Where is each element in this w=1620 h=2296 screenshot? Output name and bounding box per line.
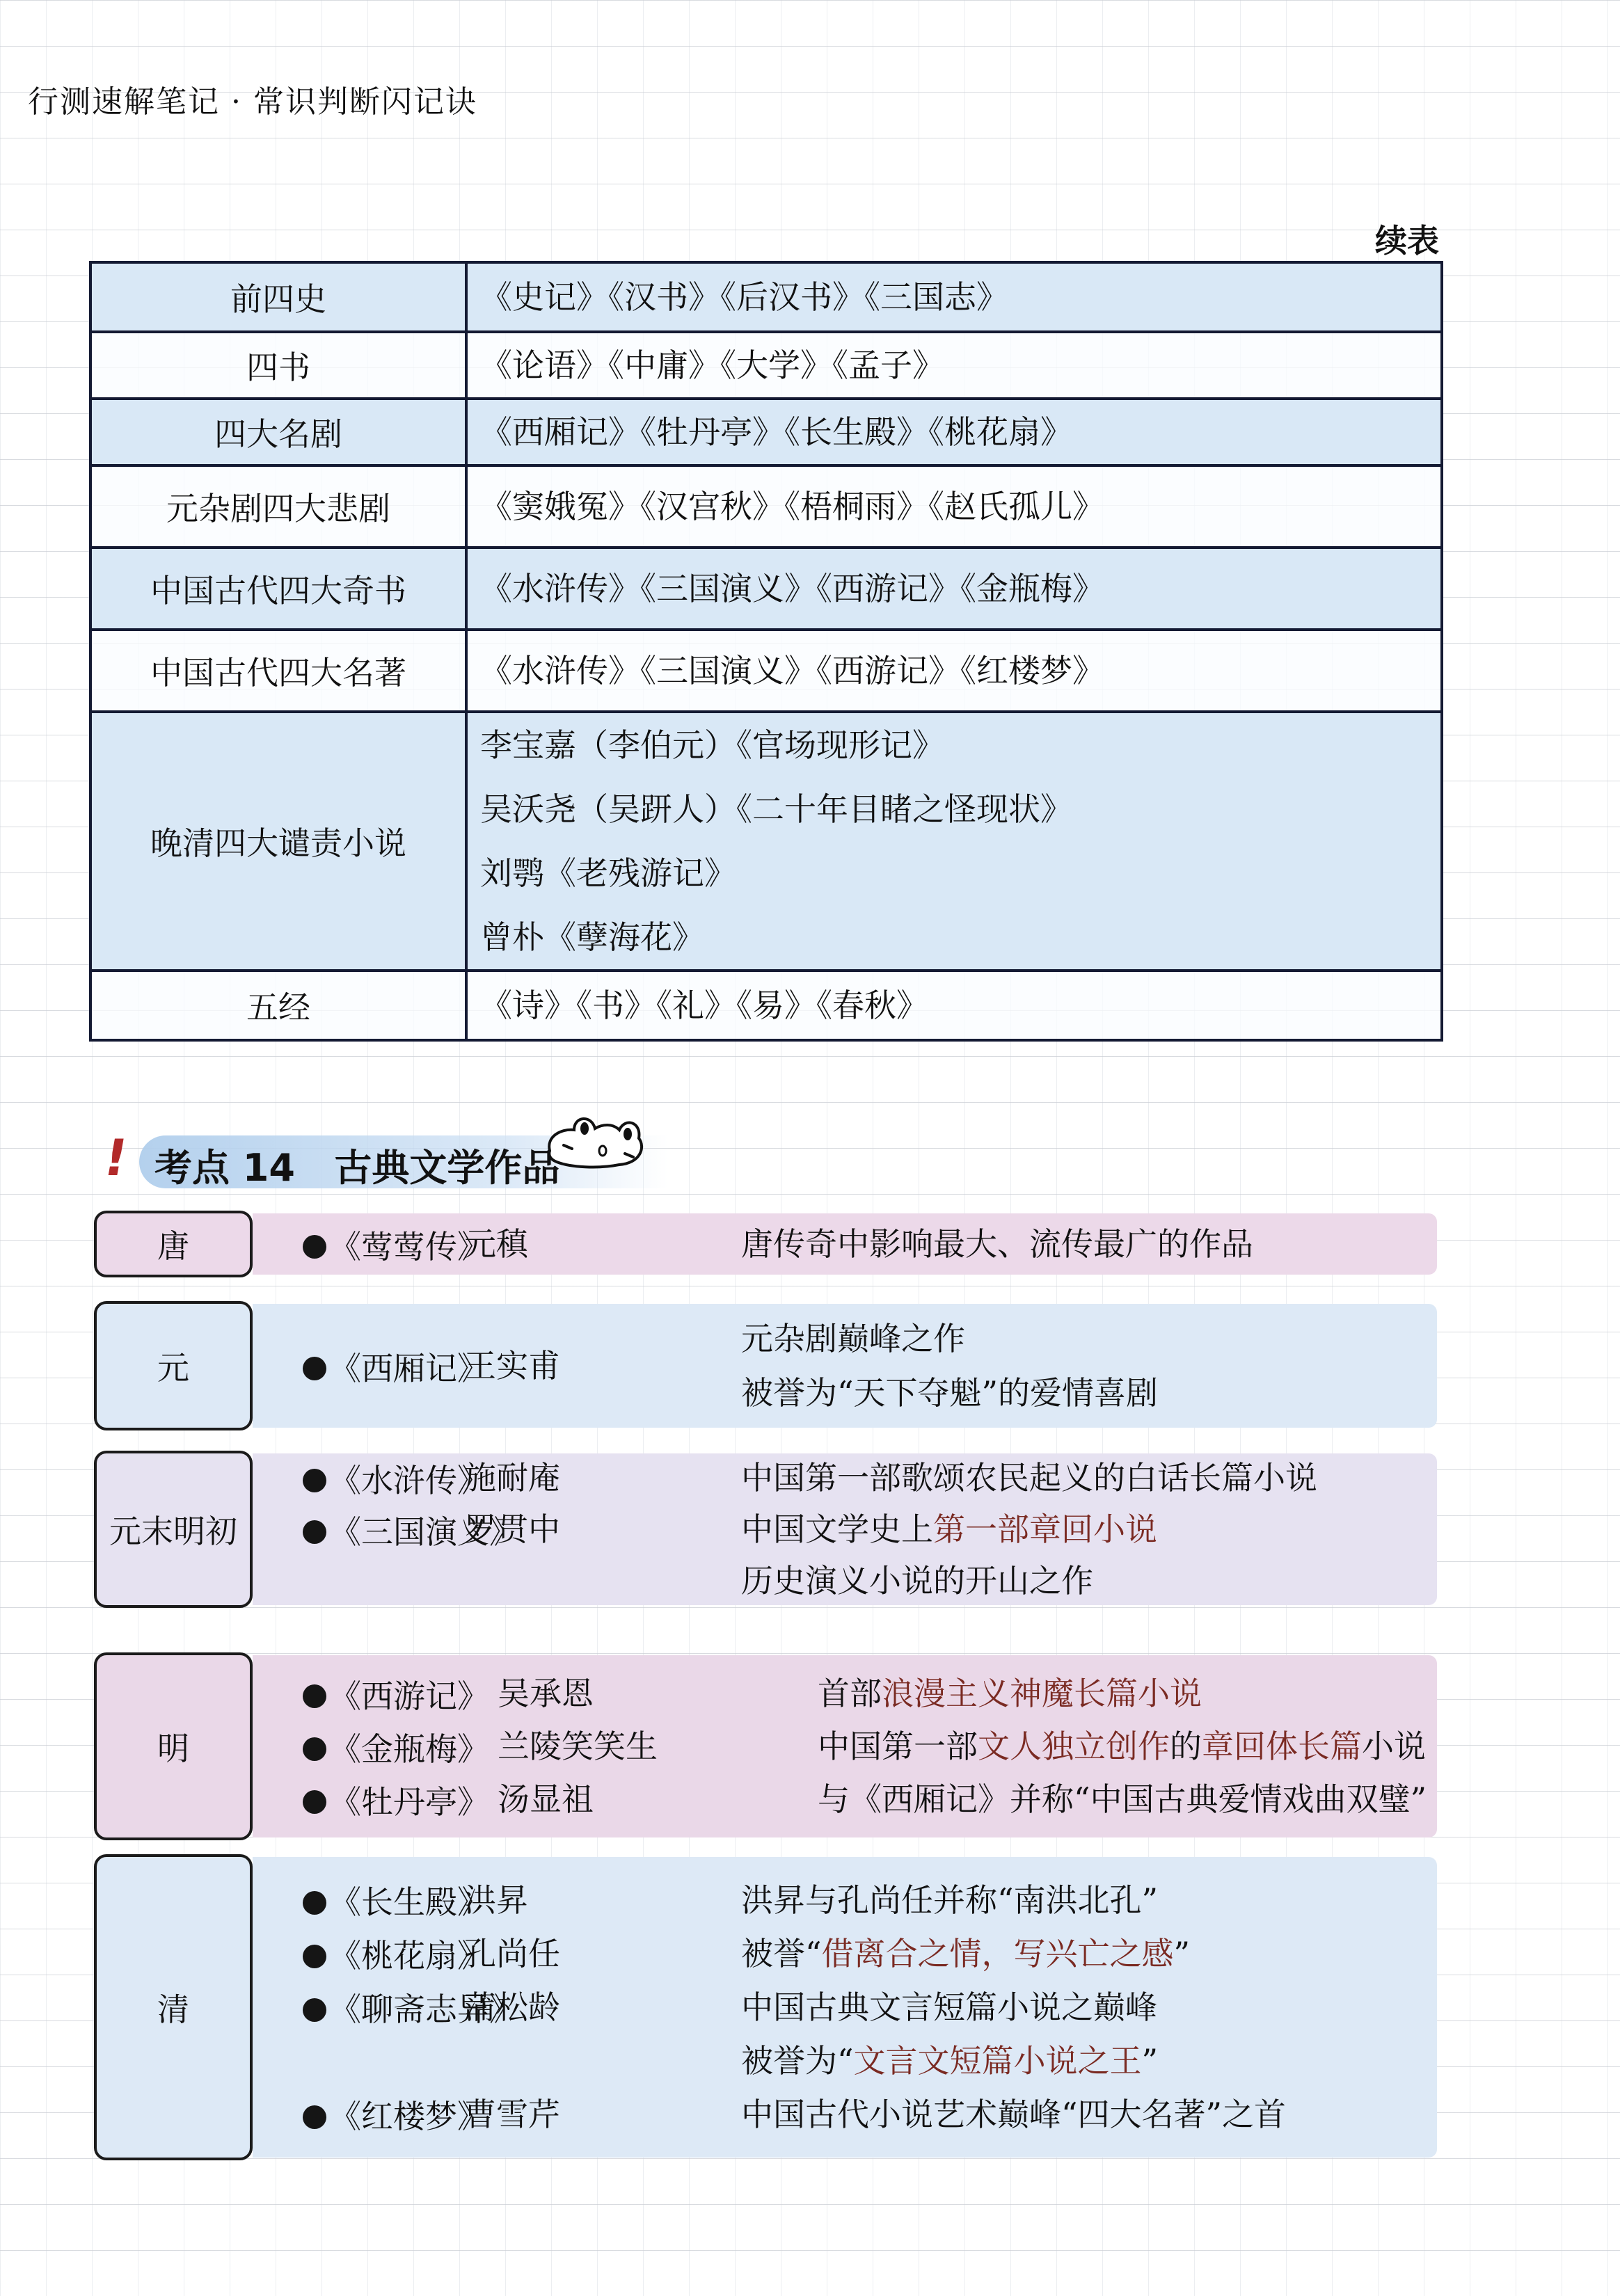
work-note: 元杂剧巅峰之作 (741, 1312, 965, 1366)
table-row: 晚清四大谴责小说李宝嘉（李伯元）《官场现形记》吴沃尧（吴趼人）《二十年目睹之怪现… (90, 712, 1442, 971)
era-block: 明《西游记》吴承恩《金瓶梅》兰陵笑笑生《牡丹亭》汤显祖首部浪漫主义神魔长篇小说中… (94, 1652, 1437, 1840)
row-works: 《窦娥冤》《汉宫秋》《梧桐雨》《赵氏孤儿》 (466, 465, 1442, 548)
bullet-icon (303, 1891, 326, 1915)
work-author: 元稹 (464, 1217, 528, 1271)
table-row: 四大名剧《西厢记》《牡丹亭》《长生殿》《桃花扇》 (90, 399, 1442, 465)
continued-label: 续表 (1375, 216, 1439, 262)
bullet-icon (303, 1235, 326, 1259)
work-author: 孔尚任 (464, 1927, 560, 1981)
bullet-icon (303, 1998, 326, 2022)
works-line: 《诗》《书》《礼》《易》《春秋》 (480, 973, 1428, 1037)
work-note: 被誉为“天下夺魁”的爱情喜剧 (741, 1366, 1158, 1420)
note-text: 的 (1170, 1728, 1202, 1765)
table-row: 中国古代四大奇书《水浒传》《三国演义》《西游记》《金瓶梅》 (90, 548, 1442, 630)
bullet-icon (303, 1790, 326, 1814)
exclamation-icon: ! (100, 1129, 133, 1187)
era-block: 元末明初《水浒传》施耐庵《三国演义》罗贯中中国第一部歌颂农民起义的白话长篇小说中… (94, 1451, 1437, 1608)
note-text: 中国第一部歌颂农民起义的白话长篇小说 (741, 1459, 1317, 1497)
work-author: 施耐庵 (464, 1452, 560, 1504)
bullet-icon (303, 2105, 326, 2129)
table-row: 元杂剧四大悲剧《窦娥冤》《汉宫秋》《梧桐雨》《赵氏孤儿》 (90, 465, 1442, 548)
bullet-icon (303, 1520, 326, 1544)
note-text: 历史演义小说的开山之作 (741, 1562, 1093, 1600)
row-category: 四书 (90, 332, 466, 399)
work-author: 王实甫 (464, 1339, 560, 1393)
table-row: 五经《诗》《书》《礼》《易》《春秋》 (90, 971, 1442, 1040)
note-text: 中国文学史上 (741, 1510, 933, 1548)
works-line: 曾朴《孽海花》 (480, 905, 1428, 969)
work-note: 中国第一部文人独立创作的章回体长篇小说 (818, 1720, 1426, 1773)
work-note: 被誉为“文言文短篇小说之王” (741, 2034, 1158, 2088)
bullet-icon (303, 1357, 326, 1380)
row-works: 《西厢记》《牡丹亭》《长生殿》《桃花扇》 (466, 399, 1442, 465)
era-label: 元末明初 (94, 1451, 253, 1608)
note-text: 被誉为“ (741, 2042, 854, 2080)
highlighted-text: 第一部章回小说 (933, 1510, 1157, 1548)
highlighted-text: 浪漫主义神魔长篇小说 (882, 1675, 1202, 1712)
work-note: 被誉“借离合之情，写兴亡之感” (741, 1927, 1190, 1981)
works-line: 《论语》《中庸》《大学》《孟子》 (480, 333, 1428, 397)
note-text: 中国古代小说艺术巅峰“四大名著”之首 (741, 2096, 1286, 2133)
frog-doodle-icon (543, 1109, 647, 1172)
work-author: 汤显祖 (498, 1773, 594, 1826)
highlighted-text: 文人独立创作 (978, 1728, 1170, 1765)
note-text: 与《西厢记》并称“中国古典爱情戏曲双璧” (818, 1780, 1427, 1818)
highlighted-text: 借离合之情，写兴亡之感 (822, 1935, 1174, 1972)
row-works: 《诗》《书》《礼》《易》《春秋》 (466, 971, 1442, 1040)
works-line: 《西厢记》《牡丹亭》《长生殿》《桃花扇》 (480, 400, 1428, 464)
highlighted-text: 文言文短篇小说之王 (854, 2042, 1142, 2080)
note-text: 元杂剧巅峰之作 (741, 1320, 965, 1357)
row-category: 四大名剧 (90, 399, 466, 465)
row-works: 《水浒传》《三国演义》《西游记》《金瓶梅》 (466, 548, 1442, 630)
running-head: 行测速解笔记 · 常识判断闪记诀 (28, 77, 477, 121)
table-row: 中国古代四大名著《水浒传》《三国演义》《西游记》《红楼梦》 (90, 630, 1442, 712)
era-block: 清《长生殿》洪昇《桃花扇》孔尚任《聊斋志异》蒲松龄《红楼梦》曹雪芹洪昇与孔尚任并… (94, 1854, 1437, 2160)
row-category: 晚清四大谴责小说 (90, 712, 466, 971)
note-text: 中国古典文言短篇小说之巅峰 (741, 1988, 1157, 2026)
era-label: 元 (94, 1301, 253, 1430)
note-text: 被誉“ (741, 1935, 822, 1972)
bullet-icon (303, 1945, 326, 1968)
note-text: 中国第一部 (818, 1728, 978, 1765)
era-block: 唐《莺莺传》元稹唐传奇中影响最大、流传最广的作品 (94, 1211, 1437, 1277)
section-heading: ! 考点 14 古典文学作品 (97, 1113, 1280, 1197)
work-note: 中国古典文言短篇小说之巅峰 (741, 1981, 1157, 2034)
work-note: 中国第一部歌颂农民起义的白话长篇小说 (741, 1452, 1317, 1504)
section-title: 考点 14 古典文学作品 (154, 1138, 559, 1192)
work-title: 《金瓶梅》 (329, 1723, 489, 1776)
reference-table: 前四史《史记》《汉书》《后汉书》《三国志》四书《论语》《中庸》《大学》《孟子》四… (89, 261, 1443, 1042)
works-line: 《水浒传》《三国演义》《西游记》《金瓶梅》 (480, 557, 1428, 621)
work-author: 兰陵笑笑生 (498, 1720, 658, 1773)
work-author: 蒲松龄 (464, 1981, 560, 2034)
works-line: 《水浒传》《三国演义》《西游记》《红楼梦》 (480, 639, 1428, 703)
row-category: 元杂剧四大悲剧 (90, 465, 466, 548)
works-line: 吴沃尧（吴趼人）《二十年目睹之怪现状》 (480, 777, 1428, 841)
work-note: 与《西厢记》并称“中国古典爱情戏曲双璧” (818, 1773, 1427, 1826)
work-note: 中国古代小说艺术巅峰“四大名著”之首 (741, 2088, 1286, 2142)
era-block: 元《西厢记》王实甫元杂剧巅峰之作被誉为“天下夺魁”的爱情喜剧 (94, 1301, 1437, 1430)
row-category: 中国古代四大奇书 (90, 548, 466, 630)
work-author: 曹雪芹 (464, 2088, 560, 2142)
era-label: 唐 (94, 1211, 253, 1277)
era-label: 清 (94, 1854, 253, 2160)
work-note: 中国文学史上第一部章回小说 (741, 1504, 1157, 1555)
note-text: 洪昇与孔尚任并称“南洪北孔” (741, 1881, 1158, 1919)
table-row: 四书《论语》《中庸》《大学》《孟子》 (90, 332, 1442, 399)
row-category: 中国古代四大名著 (90, 630, 466, 712)
works-line: 刘鹗《老残游记》 (480, 841, 1428, 905)
row-works: 李宝嘉（李伯元）《官场现形记》吴沃尧（吴趼人）《二十年目睹之怪现状》刘鹗《老残游… (466, 712, 1442, 971)
work-note: 唐传奇中影响最大、流传最广的作品 (741, 1217, 1253, 1271)
era-label: 明 (94, 1652, 253, 1840)
work-note: 历史演义小说的开山之作 (741, 1555, 1093, 1607)
bullet-icon (303, 1737, 326, 1761)
row-works: 《史记》《汉书》《后汉书》《三国志》 (466, 262, 1442, 332)
row-category: 前四史 (90, 262, 466, 332)
works-line: 《史记》《汉书》《后汉书》《三国志》 (480, 265, 1428, 329)
bullet-icon (303, 1684, 326, 1708)
note-text: 小说 (1362, 1728, 1426, 1765)
table-row: 前四史《史记》《汉书》《后汉书》《三国志》 (90, 262, 1442, 332)
work-author: 吴承恩 (498, 1667, 594, 1720)
work-note: 洪昇与孔尚任并称“南洪北孔” (741, 1874, 1158, 1927)
row-works: 《论语》《中庸》《大学》《孟子》 (466, 332, 1442, 399)
work-title: 《西游记》 (329, 1670, 489, 1723)
works-line: 《窦娥冤》《汉宫秋》《梧桐雨》《赵氏孤儿》 (480, 475, 1428, 539)
works-line: 李宝嘉（李伯元）《官场现形记》 (480, 713, 1428, 777)
work-title: 《牡丹亭》 (329, 1776, 489, 1828)
note-text: ” (1142, 2042, 1159, 2080)
note-text: ” (1174, 1935, 1191, 1972)
row-works: 《水浒传》《三国演义》《西游记》《红楼梦》 (466, 630, 1442, 712)
work-author: 洪昇 (464, 1874, 528, 1927)
work-note: 首部浪漫主义神魔长篇小说 (818, 1667, 1202, 1720)
note-text: 唐传奇中影响最大、流传最广的作品 (741, 1225, 1253, 1263)
work-author: 罗贯中 (464, 1504, 560, 1555)
note-text: 被誉为“天下夺魁”的爱情喜剧 (741, 1374, 1158, 1412)
row-category: 五经 (90, 971, 466, 1040)
note-text: 首部 (818, 1675, 882, 1712)
highlighted-text: 章回体长篇 (1202, 1728, 1362, 1765)
bullet-icon (303, 1469, 326, 1492)
